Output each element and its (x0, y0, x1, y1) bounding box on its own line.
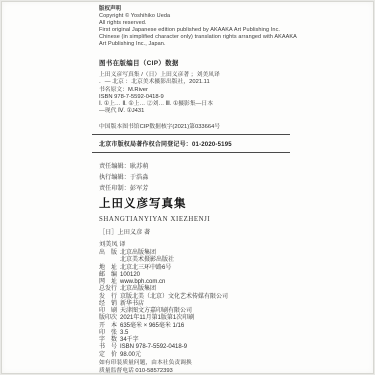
translator-line: 刘美凤 译 (99, 240, 210, 249)
cip-data-block: 图书在版编目（CIP）数据 上田义彦写真集 /（日）上田义彦著 ；刘美凤译 ．—… (99, 58, 299, 130)
publication-row: 经 销新华书店 (99, 301, 329, 308)
cip-classification-line: —现代 Ⅳ. ①J431 (99, 108, 299, 115)
scanned-colophon-page: 版权声明 Copyright © Yoshihiko Ueda All righ… (0, 0, 375, 375)
print-supervisor: 责任印制：彭军芳 (99, 183, 149, 194)
publication-row-price: 定 价98.00元 (99, 352, 329, 359)
copyright-line: Copyright © Yoshihiko Ueda (99, 13, 309, 20)
publication-row: 地 址北京北三环中路6号 (99, 265, 329, 272)
publication-row: 发 行京版北美（北京）文化艺术传媒有限公司 (99, 294, 329, 301)
quality-notice: 如有印装质量问题，由本社负责调换 (99, 360, 329, 367)
editors-block: 责任编辑：耿苏萌 执行编辑：于浩淼 责任印制：彭军芳 (99, 161, 149, 194)
copyright-registration-number: 北京市版权局著作权合同登记号：01-2020-5195 (99, 139, 290, 148)
publication-row: 印 张3.5 (99, 330, 329, 337)
publication-row: 开 本635毫米 × 965毫米 1/16 (99, 323, 329, 330)
copyright-notice-title: 版权声明 (99, 4, 309, 12)
book-title-block: 上田义彦写真集 SHANGTIANYIYAN XIEZHENJI ［日］上田义彦… (99, 198, 210, 249)
publication-row: 版印次2021年11月第1版第1次印刷 (99, 315, 329, 322)
registration-box: 北京市版权局著作权合同登记号：01-2020-5195 (92, 134, 290, 153)
quality-hotline: 质量监督电话 010-58572393 (99, 368, 329, 375)
publication-row: 邮 编100120 (99, 272, 329, 279)
cip-line: 书名原文：M.River (99, 87, 299, 94)
book-page: 版权声明 Copyright © Yoshihiko Ueda All righ… (1, 1, 374, 374)
copyright-line: Chinese (in simplified character only) t… (99, 34, 309, 41)
responsible-editor: 责任编辑：耿苏萌 (99, 161, 149, 172)
publication-row: 北京美术摄影出版社 (99, 257, 329, 264)
book-title: 上田义彦写真集 (99, 198, 210, 211)
copyright-line: All rights reserved. (99, 20, 309, 27)
copyright-line: First original Japanese edition publishe… (99, 27, 309, 34)
copyright-line: Art Publishing Inc., Japan. (99, 41, 309, 48)
copyright-notice-block: 版权声明 Copyright © Yoshihiko Ueda All righ… (99, 4, 309, 48)
executive-editor: 执行编辑：于浩淼 (99, 172, 149, 183)
publication-info-block: 出 版北京出版集团 北京美术摄影出版社 地 址北京北三环中路6号 邮 编1001… (99, 250, 329, 375)
cip-line: ．— 北京 ：北京美术摄影出版社，2021.11 (99, 79, 299, 86)
cip-header: 图书在版编目（CIP）数据 (99, 58, 299, 67)
publication-row: 总发行北京出版集团 (99, 286, 329, 293)
publication-row-isbn: 书 号ISBN 978-7-5592-0418-9 (99, 344, 329, 351)
publication-row: 字 数34千字 (99, 337, 329, 344)
author-line: ［日］上田义彦 著 (99, 228, 210, 237)
book-title-pinyin: SHANGTIANYIYAN XIEZHENJI (99, 215, 210, 224)
cip-record-number: 中国版本图书馆CIP数据核字(2021)第033664号 (99, 121, 299, 130)
